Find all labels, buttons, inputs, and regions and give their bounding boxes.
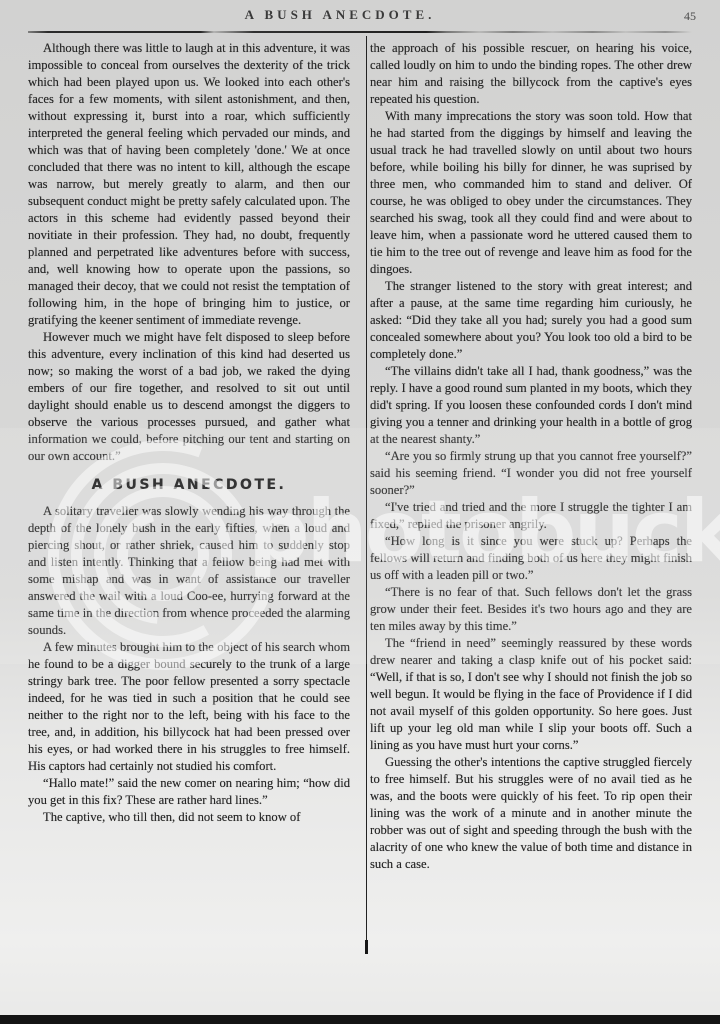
section-heading: A BUSH ANECDOTE. [28,477,350,494]
paragraph: “Are you so firmly strung up that you ca… [370,448,692,499]
scanned-book-page: A BUSH ANECDOTE. 45 Although there was l… [0,0,720,1024]
paragraph: The captive, who till then, did not seem… [28,809,350,826]
paragraph: With many imprecations the story was soo… [370,108,692,278]
right-column: the approach of his possible rescuer, on… [370,40,692,873]
paragraph: However much we might have felt disposed… [28,329,350,465]
paragraph: Although there was little to laugh at in… [28,40,350,329]
left-column: Although there was little to laugh at in… [28,40,350,873]
column-divider-rule [366,36,367,948]
paragraph: “The villains didn't take all I had, tha… [370,363,692,448]
paragraph: The “friend in need” seemingly reassured… [370,635,692,754]
paragraph: the approach of his possible rescuer, on… [370,40,692,108]
paragraph: “There is no fear of that. Such fellows … [370,584,692,635]
paragraph: The stranger listened to the story with … [370,278,692,363]
paragraph: A few minutes brought him to the object … [28,639,350,775]
paragraph: “Hallo mate!” said the new comer on near… [28,775,350,809]
running-header-title: A BUSH ANECDOTE. [0,7,680,23]
paragraph: A solitary traveller was slowly wending … [28,503,350,639]
page-number: 45 [684,9,696,24]
header-rule [28,31,692,33]
paragraph: “I've tried and tried and the more I str… [370,499,692,533]
text-columns: Although there was little to laugh at in… [28,40,692,873]
bottom-scan-edge [0,1015,720,1024]
paragraph: Guessing the other's intentions the capt… [370,754,692,873]
paragraph: “How long is it since you were stuck up?… [370,533,692,584]
